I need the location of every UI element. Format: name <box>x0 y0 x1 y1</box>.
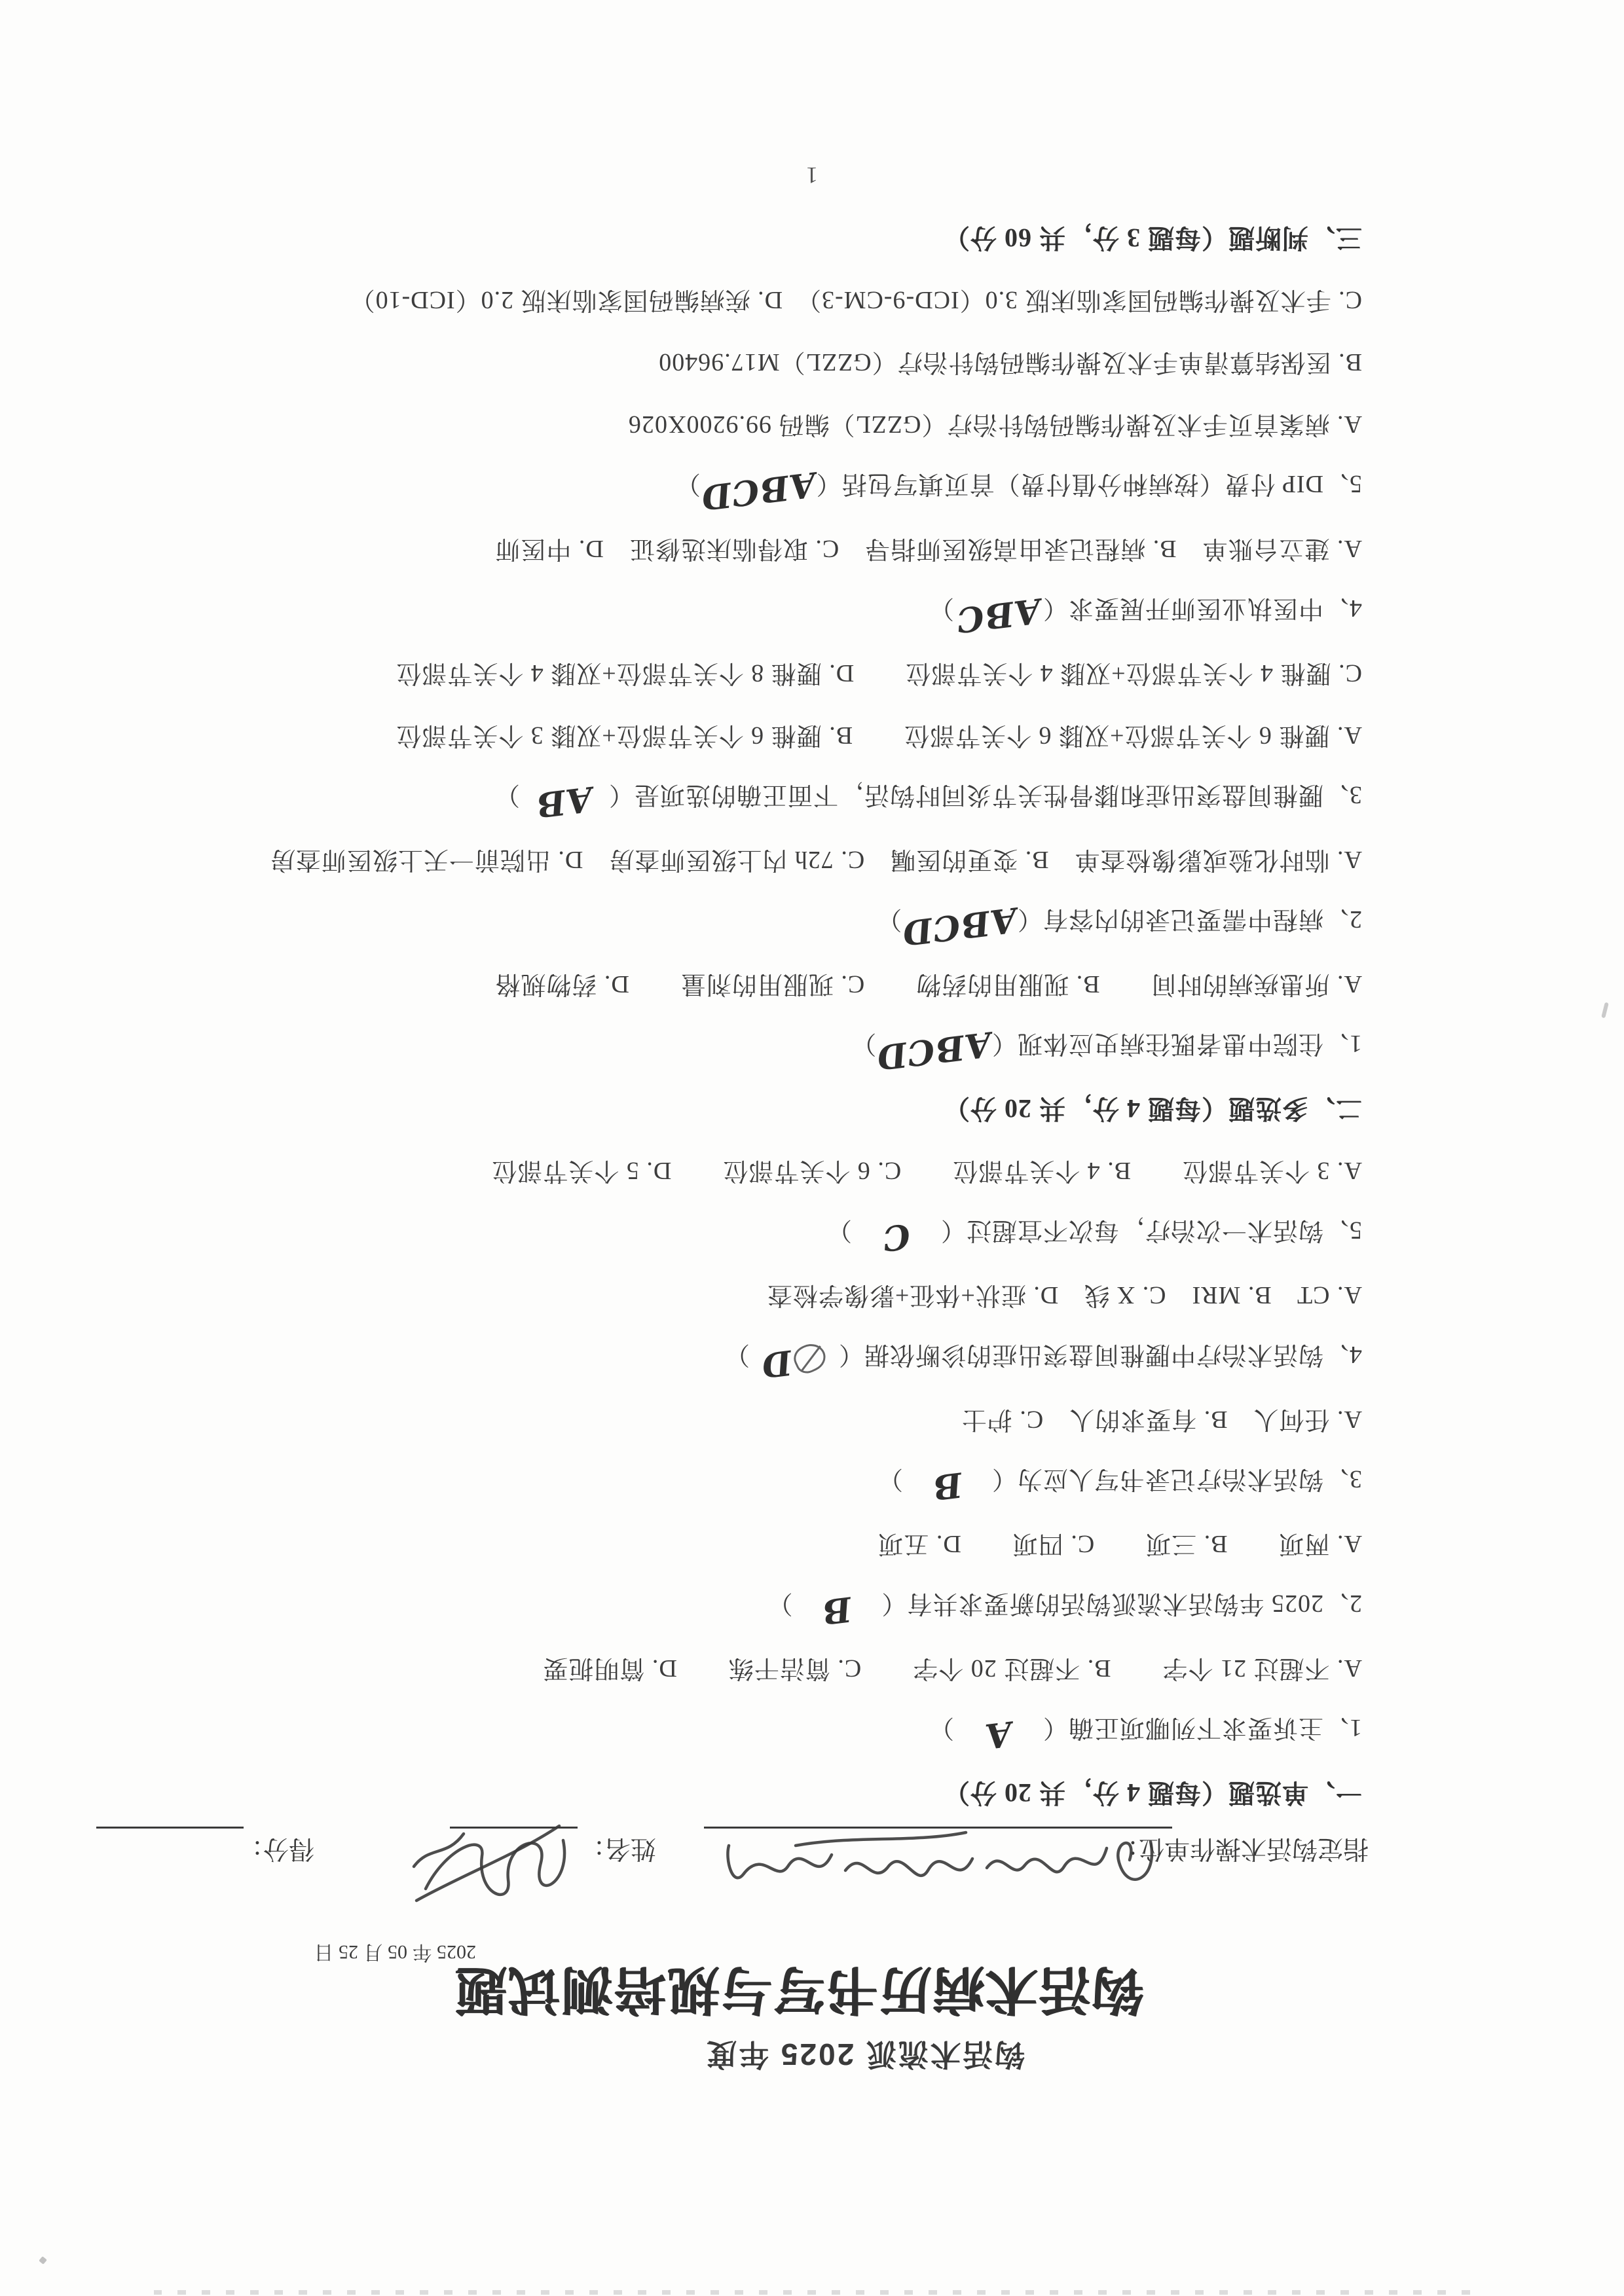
question-stem: 5、钩活术一次治疗，每次不宜超过 <box>966 1216 1362 1244</box>
question-stem: 5、DIP 付费（按病种分值付费）首页填写包括 <box>841 470 1362 498</box>
answer-letters: C <box>880 1216 913 1259</box>
handwritten-answer: ABC <box>952 590 1044 640</box>
handwritten-answer: D <box>748 1336 840 1387</box>
options-line: A. 不超过 21 个字 B. 不超过 20 个字 C. 简洁干练 D. 简明扼… <box>542 1653 1362 1689</box>
handwritten-answer: C <box>850 1212 942 1262</box>
scan-speck <box>1601 1002 1609 1019</box>
question-stem: 4、中医执业医师开展要求 <box>1068 594 1362 622</box>
answer-letters: B <box>820 1588 854 1631</box>
question-stem: 3、钩活术治疗记录书写人应为 <box>1017 1465 1362 1493</box>
options-line: A. 建立台账单 B. 病程记录由高级医师指导 C. 取得临床选修证 D. 中医… <box>494 534 1362 570</box>
exam-date: 2025 年 05 月 25 日 <box>314 1940 477 1969</box>
options-line: A. 3 个关节部位 B. 4 个关节部位 C. 6 个关节部位 D. 5 个关… <box>491 1156 1362 1192</box>
question-stem: 1、主诉要求下列哪项正确 <box>1068 1714 1362 1741</box>
options-line: A. CT B. MRI C. X 线 D. 症状+体征+影像学检查 <box>767 1280 1362 1316</box>
answer-letters: AB <box>534 778 595 825</box>
exam-title: 钩活术病历书写与规培测试题 <box>454 1957 1144 2032</box>
scan-noise-dashes <box>154 2290 1470 2295</box>
question-stem: 4、钩活术治疗中腰椎间盘突出症的诊断依据 <box>864 1341 1362 1368</box>
question-stem: 1、住院中患者既往病史应体现 <box>1017 1030 1362 1057</box>
handwritten-signature-ink <box>398 1810 581 1918</box>
section-heading: 三、判断题（每题 3 分，共 60 分） <box>943 221 1362 259</box>
handwritten-answer: A <box>952 1709 1044 1760</box>
page-number: 1 <box>0 162 1624 189</box>
answer-letters: A <box>982 1713 1014 1757</box>
question-line: 3、钩活术治疗记录书写人应为（B） <box>877 1463 1362 1503</box>
score-label: 得分： <box>238 1832 314 1869</box>
options-line: A. 病案首页手术及操作编码钩针治疗（GZZL）编码 99.9200X026 <box>628 409 1362 445</box>
handwritten-answer: B <box>790 1585 883 1635</box>
section-heading: 一、单选题（每题 4 分，共 20 分） <box>943 1776 1362 1813</box>
section-heading: 二、多选题（每题 4 分，共 20 分） <box>943 1092 1362 1129</box>
options-line: A. 临时化验或影像检查单 B. 变更的医嘱 C. 72h 内上级医师查房 D.… <box>270 845 1362 881</box>
options-line: C. 手术及操作编码国家临床版 3.0（ICD-9-CM-3） D. 疾病编码国… <box>350 285 1362 321</box>
question-line: 5、钩活术一次治疗，每次不宜超过（C） <box>826 1214 1362 1254</box>
answer-letters: D <box>759 1342 794 1385</box>
series-banner: 钩活术流派 2025 年度 <box>705 2035 1025 2078</box>
question-line: 1、主诉要求下列哪项正确（A） <box>929 1711 1362 1751</box>
handwritten-answer: B <box>901 1461 993 1511</box>
answer-letters: ABCD <box>874 1024 993 1078</box>
answer-letters: ABCD <box>900 900 1019 953</box>
handwritten-answer: AB <box>518 776 610 827</box>
answer-letters: B <box>930 1464 964 1507</box>
question-stem: 3、腰椎间盘突出症和膝骨性关节炎同时钩活，下面正确的选项是 <box>634 781 1362 809</box>
answer-letters: ABCD <box>699 464 818 518</box>
handwritten-unit-name-ink <box>717 1824 1162 1906</box>
answer-letters: ABC <box>953 590 1043 640</box>
question-line: 5、DIP 付费（按病种分值付费）首页填写包括（ABCD） <box>675 467 1362 507</box>
scan-speck <box>39 2256 47 2265</box>
options-line: C. 腰椎 4 个关节部位+双膝 4 个关节部位 D. 腰椎 8 个关节部位+双… <box>396 658 1362 694</box>
name-label: 姓名： <box>580 1832 656 1869</box>
handwritten-answer: ABCD <box>900 900 1019 953</box>
question-line: 3、腰椎间盘突出症和膝骨性关节炎同时钩活，下面正确的选项是（AB） <box>494 778 1362 818</box>
handwritten-answer: ABCD <box>699 464 818 518</box>
scanned-exam-page: 钩活术流派 2025 年度 钩活术病历书写与规培测试题 2025 年 05 月 … <box>0 0 1624 2296</box>
question-stem: 2、病程中需要记录的内容有 <box>1043 905 1362 933</box>
question-line: 2、2025 年钩活术流派钩活的新要求共有（B） <box>767 1587 1362 1627</box>
question-stem: 2、2025 年钩活术流派钩活的新要求共有 <box>906 1590 1362 1617</box>
handwritten-answer: ABCD <box>874 1024 993 1078</box>
question-line: 4、中医执业医师开展要求（ABC） <box>929 592 1362 632</box>
ink-scribble <box>790 1339 830 1377</box>
options-line: A. 任何人 B. 有要求的人 C. 护士 <box>961 1404 1362 1440</box>
question-line: 2、病程中需要记录的内容有（ABCD） <box>876 903 1362 943</box>
rotated-page-content: 钩活术流派 2025 年度 钩活术病历书写与规培测试题 2025 年 05 月 … <box>0 0 1624 2296</box>
question-line: 4、钩活术治疗中腰椎间盘突出症的诊断依据（D） <box>724 1338 1362 1378</box>
score-blank-underline <box>96 1827 244 1829</box>
options-line: A. 腰椎 6 个关节部位+双膝 6 个关节部位 B. 腰椎 6 个关节部位+双… <box>396 720 1362 756</box>
question-line: 1、住院中患者既往病史应体现（ABCD） <box>851 1027 1362 1067</box>
options-line: A. 所患疾病的时间 B. 现服用的药物 C. 现服用的剂量 D. 药物规格 <box>494 969 1362 1005</box>
options-line: B. 医保结算清单手术及操作编码钩针治疗（GZZL）M17.96400 <box>658 347 1362 383</box>
options-line: A. 两项 B. 三项 C. 四项 D. 五项 <box>877 1529 1362 1565</box>
